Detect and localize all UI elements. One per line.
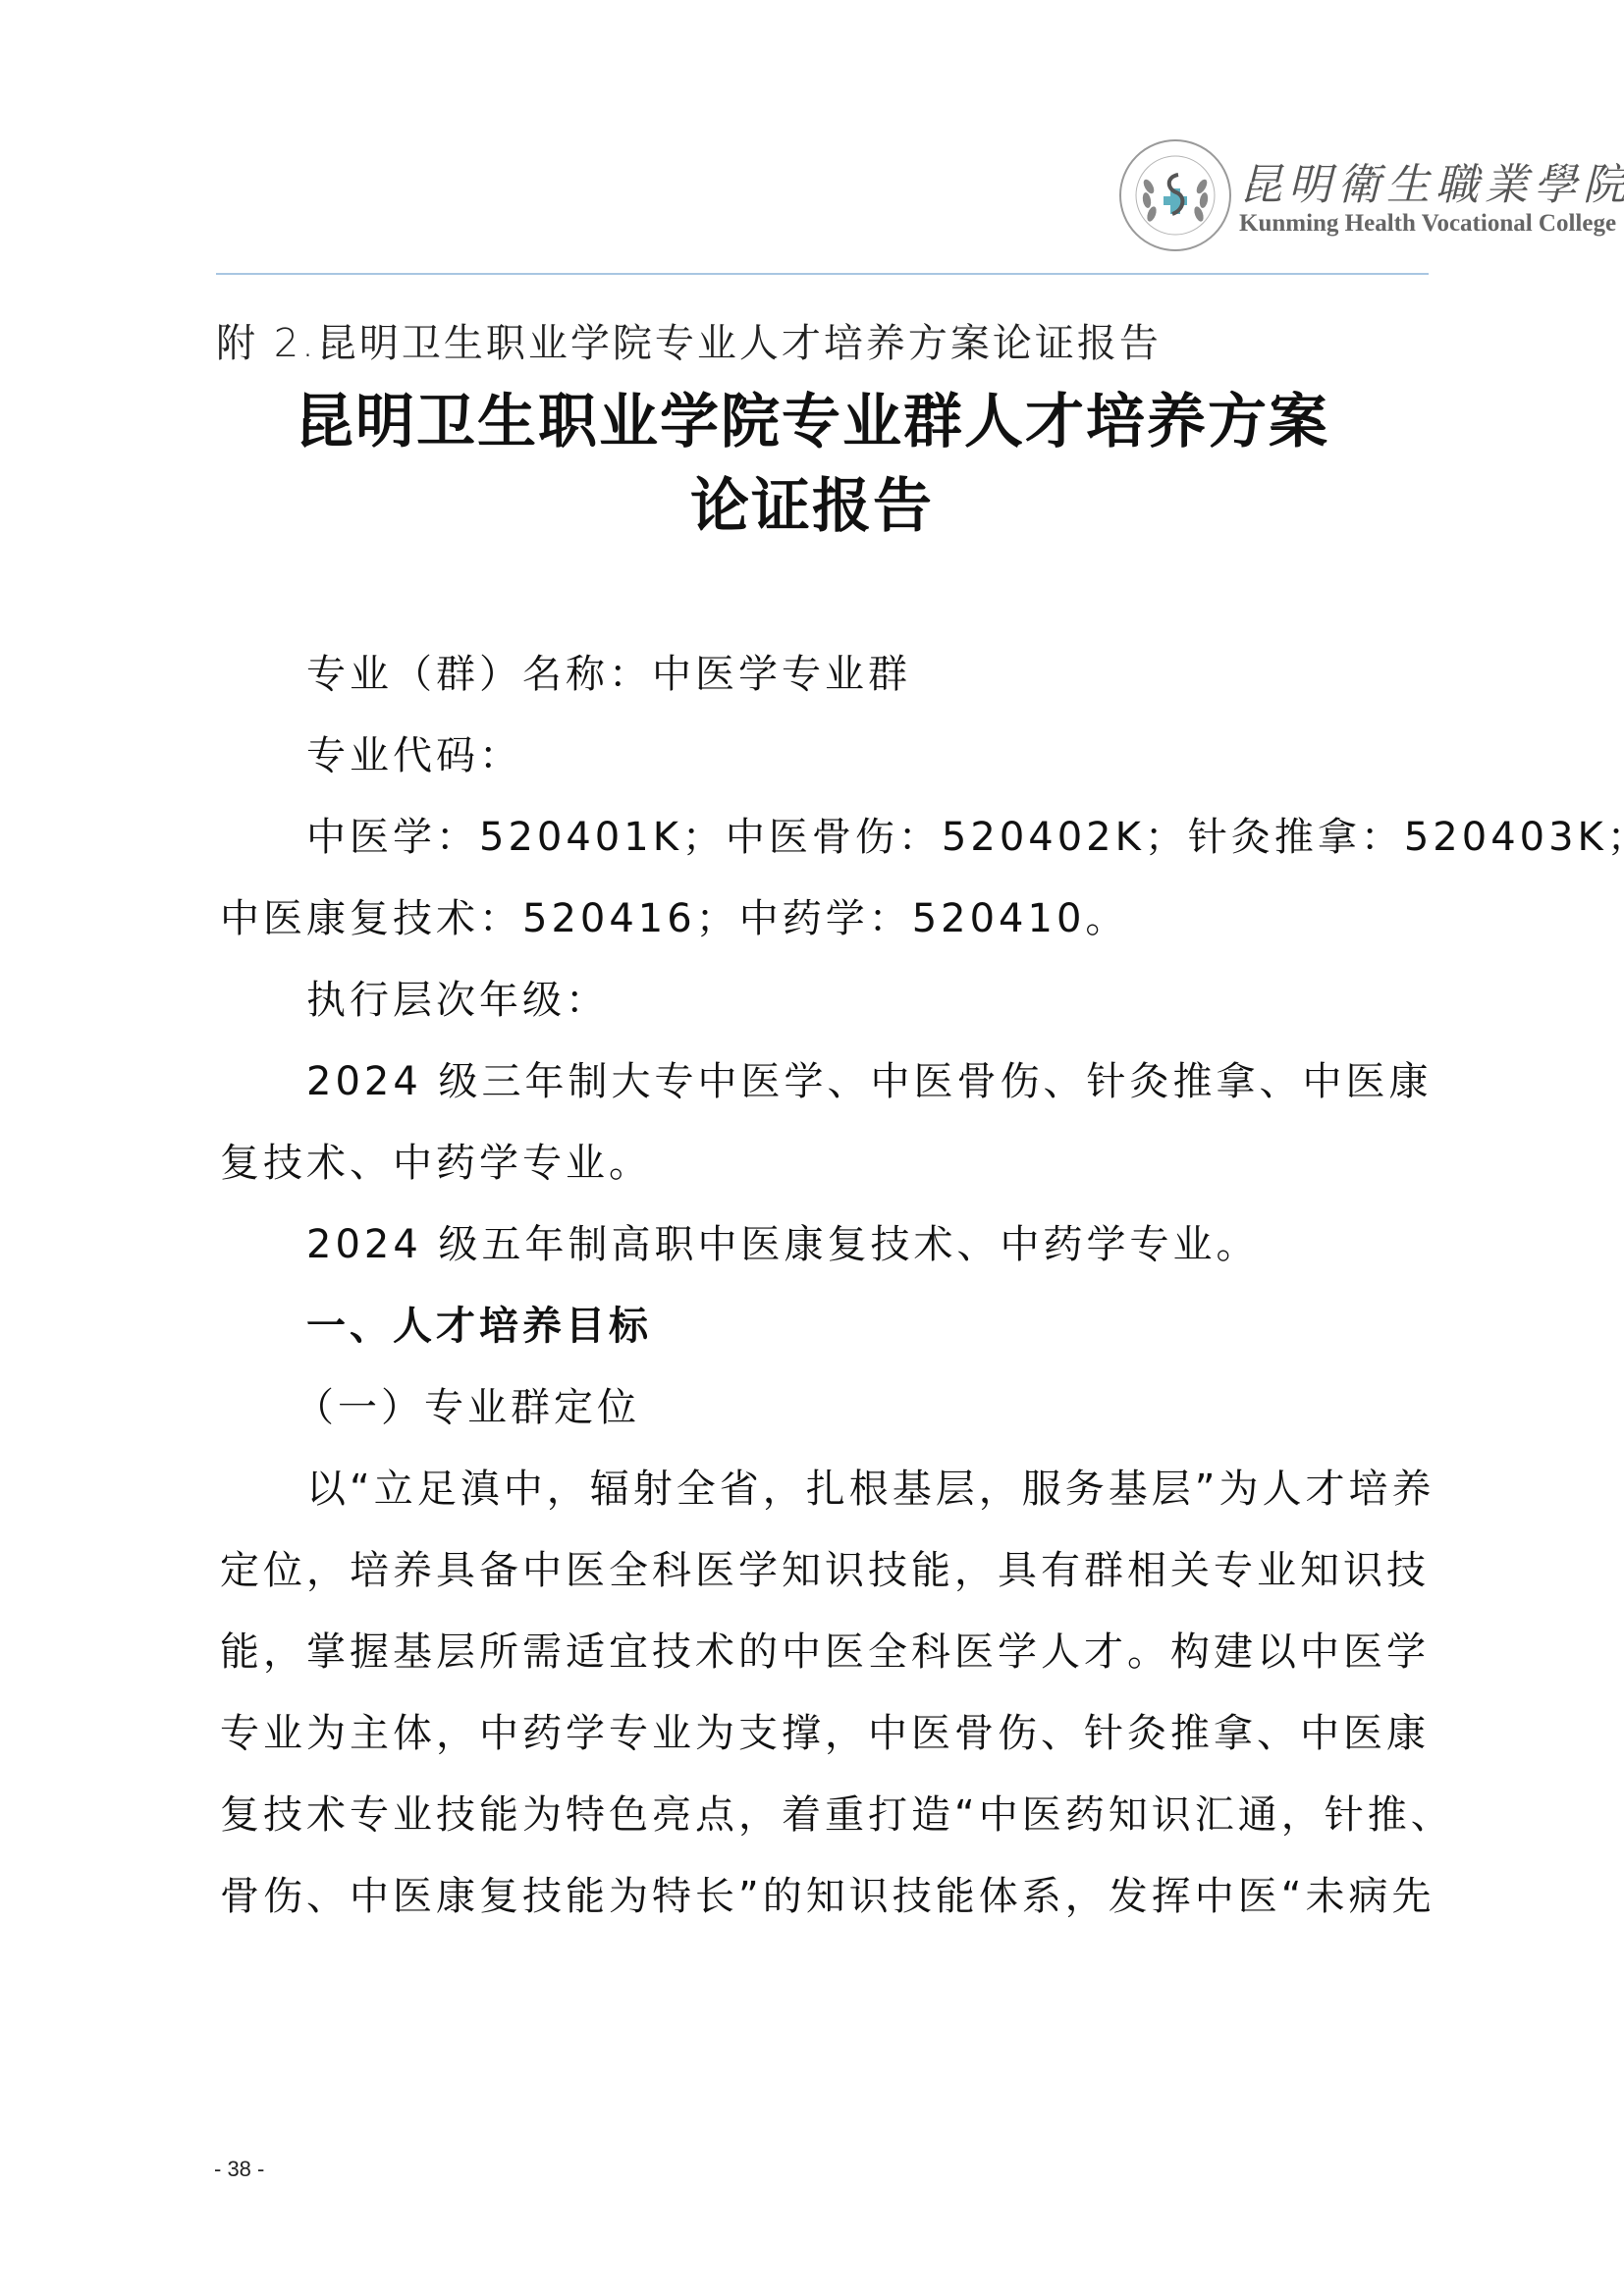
paragraph-line: 以“立足滇中，辐射全省，扎根基层，服务基层”为人才培养 <box>306 1458 1430 1514</box>
major-code-line1: 中医学：520401K；中医骨伤：520402K；针灸推拿：520403K； <box>306 806 1430 862</box>
appendix-title: 附 2.昆明卫生职业学院专业人才培养方案论证报告 <box>216 312 1162 368</box>
field-major-code-label: 专业代码： <box>306 724 522 780</box>
level-grade-line2: 复技术、中药学专业。 <box>220 1132 652 1188</box>
paragraph-line: 定位，培养具备中医全科医学知识技能，具有群相关专业知识技 <box>220 1539 1430 1595</box>
page-number: - 38 - <box>214 2157 264 2182</box>
document-title-line2: 论证报告 <box>0 459 1624 544</box>
level-grade-line3: 2024 级五年制高职中医康复技术、中药学专业。 <box>306 1213 1260 1269</box>
section-heading-1: 一、人才培养目标 <box>306 1295 652 1351</box>
level-grade-line1: 2024 级三年制大专中医学、中医骨伤、针灸推拿、中医康 <box>306 1050 1430 1106</box>
paragraph-line: 骨伤、中医康复技能为特长”的知识技能体系，发挥中医“未病先 <box>220 1865 1430 1921</box>
paragraph-line: 能，掌握基层所需适宜技术的中医全科医学人才。构建以中医学 <box>220 1621 1430 1677</box>
document-title-line1: 昆明卫生职业学院专业群人才培养方案 <box>0 375 1624 459</box>
college-emblem-icon <box>1117 137 1233 253</box>
paragraph-line: 复技术专业技能为特色亮点，着重打造“中医药知识汇通，针推、 <box>220 1784 1430 1840</box>
major-code-line2: 中医康复技术：520416；中药学：520410。 <box>220 887 1128 943</box>
college-name-cn: 昆明衛生職業學院 <box>1239 149 1624 212</box>
paragraph-line: 专业为主体，中药学专业为支撑，中医骨伤、针灸推拿、中医康 <box>220 1702 1430 1758</box>
header-divider <box>216 273 1429 275</box>
subsection-heading-1: （一）专业群定位 <box>295 1376 640 1432</box>
field-major-group-name: 专业（群）名称：中医学专业群 <box>306 643 911 699</box>
field-level-grade-label: 执行层次年级： <box>306 969 609 1025</box>
college-name-en: Kunming Health Vocational College <box>1239 210 1616 238</box>
